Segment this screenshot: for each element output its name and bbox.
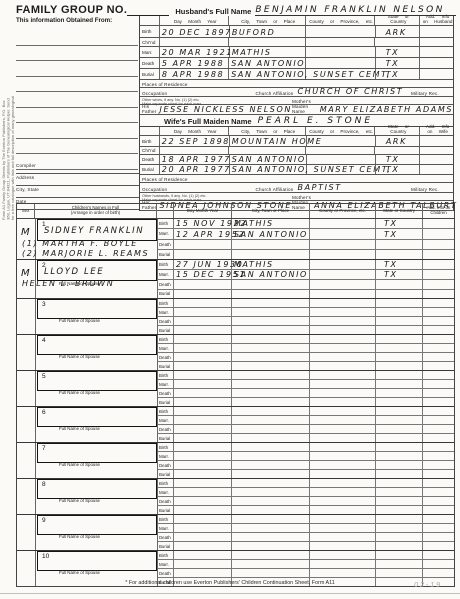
birth-state: ARK: [376, 26, 421, 37]
husband-table-header: Day Month Year City, Town or Place Count…: [140, 16, 453, 26]
marriage-state: TX: [376, 229, 423, 238]
sex-column-divider: [35, 371, 36, 406]
state-col-header: State or Country: [375, 16, 420, 25]
marriage-state: [376, 524, 423, 532]
birth-date: [174, 479, 232, 487]
birth-state: [376, 335, 423, 343]
child-marriage-row: Marr.: [157, 416, 454, 425]
date-col-header: Day Month Year: [160, 16, 230, 25]
birth-date: 22 SEP 1898: [160, 136, 230, 146]
marriage-county: [306, 47, 375, 57]
burial-date: 8 APR 1988: [160, 69, 229, 79]
child-sex: M: [21, 228, 31, 237]
birth-state: TX: [376, 219, 423, 228]
child-name-box: 4: [37, 335, 157, 355]
child-number: 5: [42, 373, 46, 380]
birth-label: Birth: [157, 551, 174, 559]
child-record: M 2 LLOYD LEE Full Name of Spouse HELEN …: [17, 260, 454, 299]
state-col-header: State or Country: [375, 127, 420, 135]
burial-label: Burial: [157, 434, 174, 442]
death-label: Death: [157, 497, 174, 505]
child-death-row: Death: [157, 240, 454, 250]
church-affiliation-label: Church Affiliation: [256, 187, 294, 192]
birth-state: [376, 443, 423, 451]
marriage-addinfo: [423, 488, 454, 496]
marriage-addinfo: [423, 380, 454, 388]
child-birth-row: Birth: [157, 515, 454, 524]
addinfo-col-header: Add. Info on Wife: [420, 127, 453, 135]
birth-label: Birth: [157, 371, 174, 379]
children-names-header-line2: (Arrange in order of birth): [71, 211, 120, 216]
marriage-date: [174, 344, 232, 352]
death-date: 5 APR 1988: [160, 58, 229, 68]
birth-date: [174, 551, 232, 559]
spouse-label: Full Name of Spouse: [59, 426, 100, 431]
birth-place: MOUNTAIN HOME: [230, 136, 307, 146]
child-birth-row: Birth 27 JUN 1930 MATHIS TX: [157, 260, 454, 270]
spouse-label: Full Name of Spouse: [59, 534, 100, 539]
child-birth-row: Birth: [157, 479, 454, 488]
marriage-label: Marr.: [157, 270, 174, 279]
addinfo-col-header: Add. Info on Husband: [420, 16, 453, 25]
birth-date: [174, 443, 232, 451]
military-rec-label: Military Rec.: [411, 91, 453, 96]
church-affiliation-label: Church Affiliation: [256, 91, 294, 96]
children-table-header: Sex Children's Names in Full (Arrange in…: [17, 204, 454, 219]
marriage-date: [174, 380, 232, 388]
child-death-row: Death: [157, 425, 454, 434]
vitals-table: Day Month Year City, Town or Place Count…: [139, 16, 454, 211]
marriage-county: [310, 229, 376, 238]
marriage-state: TX: [376, 47, 421, 57]
form-title: FAMILY GROUP NO.: [16, 4, 127, 16]
name-column-divider: [157, 371, 158, 406]
child-vitals: Birth Marr. Death: [157, 515, 454, 550]
birth-addinfo: [423, 551, 454, 559]
military-rec-label: Military Rec.: [411, 187, 453, 192]
marriage-place: [232, 344, 310, 352]
child-name-box: 10: [37, 551, 157, 571]
name-column-divider: [157, 443, 158, 478]
marriage-date: 20 MAR 1921: [160, 47, 230, 57]
birth-county: [307, 136, 376, 146]
corner-cell: [140, 16, 160, 25]
birth-state: [376, 299, 423, 307]
child-death-row: Death: [157, 317, 454, 326]
children-table: Sex Children's Names in Full (Arrange in…: [16, 203, 455, 587]
death-label: Death: [157, 353, 174, 361]
sources-panel: This information Obtained From:: [16, 17, 138, 170]
spouse-label: Full Name of Spouse: [59, 570, 100, 575]
occupation-label: Occupation: [142, 187, 256, 192]
child-name-box: 9: [37, 515, 157, 535]
child-name-box: 5: [37, 371, 157, 391]
birth-county: [310, 407, 376, 415]
burial-label: Burial: [157, 290, 174, 299]
his-mother-value: MARY ELIZABETH ADAMS: [317, 105, 453, 114]
death-county: [306, 58, 375, 68]
birth-state: [376, 371, 423, 379]
child-name-box: 2 LLOYD LEE: [37, 260, 157, 281]
marriage-label: Marr.: [157, 229, 174, 238]
birth-county: [310, 299, 376, 307]
marriage-date: [174, 308, 232, 316]
birth-date: 20 DEC 1897: [160, 26, 230, 37]
marriage-state: [376, 488, 423, 496]
birth-place: [232, 407, 310, 415]
marriage-state: [376, 560, 423, 568]
marriage-label: Marr.: [157, 452, 174, 460]
birth-county: [310, 479, 376, 487]
corner-cell: [157, 204, 174, 218]
child-vitals: Birth 15 NOV 1922 MATHIS TX Marr. 12 APR…: [157, 219, 454, 259]
birth-date: 15 NOV 1922: [174, 219, 232, 228]
source-line: [16, 61, 138, 77]
name-column-divider: [157, 515, 158, 550]
marriage-label: Marr.: [157, 416, 174, 424]
marriage-county: [310, 270, 376, 279]
husband-burial-row: Burial 8 APR 1988 SAN ANTONIO, SUNSET CE…: [140, 69, 453, 80]
marriage-date: [174, 488, 232, 496]
child-name-box: 6: [37, 407, 157, 427]
burial-county: [306, 69, 375, 79]
birth-label: Birth: [157, 443, 174, 451]
husband-christened-row: Chr'nd: [140, 38, 453, 47]
child-vitals: Birth Marr. Death: [157, 335, 454, 370]
birth-label: Birth: [157, 219, 174, 228]
marriage-place: [232, 308, 310, 316]
child-birth-row: Birth: [157, 407, 454, 416]
death-date: 18 APR 1977: [160, 155, 230, 164]
child-marriage-row: Marr.: [157, 308, 454, 317]
child-death-row: Death: [157, 497, 454, 506]
child-marriage-row: Marr.: [157, 524, 454, 533]
child-death-row: Death: [157, 533, 454, 542]
marriage-addinfo: [423, 229, 454, 238]
address-label: Address: [16, 174, 139, 186]
his-mother-label: Mother's Maiden Name: [292, 99, 317, 114]
death-label: Death: [157, 569, 174, 577]
burial-label: Burial: [157, 506, 174, 514]
source-line: [16, 30, 138, 46]
child-name: SIDNEY FRANKLIN: [44, 227, 144, 236]
date-col-header: Day Month Year: [160, 127, 230, 135]
source-line: [16, 92, 138, 108]
child-marriage-row: Marr.: [157, 560, 454, 569]
sex-column-divider: [35, 479, 36, 514]
sex-column-divider: [35, 515, 36, 550]
child-marriage-row: Marr. 12 APR 1952 SAN ANTONIO TX: [157, 229, 454, 239]
marriage-county: [310, 308, 376, 316]
wife-table-header: Day Month Year City, Town or Place Count…: [140, 127, 453, 136]
birth-county: [310, 515, 376, 523]
spouse-label: Full Name of Spouse: [59, 498, 100, 503]
child-burial-row: Burial: [157, 470, 454, 478]
marriage-label: Marr.: [157, 560, 174, 568]
child-number: 7: [42, 445, 46, 452]
marriage-place: SAN ANTONIO: [232, 229, 310, 238]
burial-label: Burial: [157, 542, 174, 550]
child-birth-row: Birth: [157, 335, 454, 344]
wife-residence-row: Places of Residence: [140, 175, 453, 183]
birth-date: [174, 407, 232, 415]
child-vitals: Birth Marr. Death: [157, 299, 454, 334]
birth-addinfo: [423, 443, 454, 451]
his-father-label: His Father: [142, 104, 156, 114]
child-burial-row: Burial: [157, 506, 454, 514]
marriage-addinfo: [423, 416, 454, 424]
spouse-label: Full Name of Spouse: [59, 390, 100, 395]
source-line: [16, 123, 138, 139]
source-line: [16, 108, 138, 124]
name-column-divider: [157, 260, 158, 298]
publisher-side-note: Form A1 Family Group Sheets by The Evert…: [2, 94, 15, 220]
marriage-place: [232, 488, 310, 496]
marriage-label: Marr.: [157, 524, 174, 532]
marriage-label: Marr.: [157, 488, 174, 496]
child-death-row: Death: [157, 461, 454, 470]
marriage-state: [376, 308, 423, 316]
child-number: 3: [42, 301, 46, 308]
addinfo-col-header: Add. Info on Children: [423, 204, 454, 218]
birth-label: Birth: [157, 260, 174, 269]
birth-place: MATHIS: [232, 260, 310, 269]
marriage-place: SAN ANTONIO: [232, 270, 310, 279]
child-record: 4 Full Name of Spouse Birth Marr.: [17, 335, 454, 371]
burial-state: TX: [376, 165, 421, 174]
marriage-date: 12 APR 1952: [174, 229, 232, 238]
death-label: Death: [157, 280, 174, 289]
marriage-place: [232, 452, 310, 460]
church-affiliation-value: BAPTIST: [294, 183, 412, 192]
marriage-state: [376, 344, 423, 352]
marriage-county: [310, 416, 376, 424]
spouse-label: Full Name of Spouse: [59, 318, 100, 323]
child-death-row: Death: [157, 389, 454, 398]
marriage-state: [376, 452, 423, 460]
burial-place: SAN ANTONIO, SUNSET CEMT,: [229, 69, 306, 79]
child-name-box: 3: [37, 299, 157, 319]
marriage-place: [232, 524, 310, 532]
child-record: 3 Full Name of Spouse Birth Marr.: [17, 299, 454, 335]
marriage-label: Marr.: [140, 47, 160, 57]
child-vitals: Birth Marr. Death: [157, 407, 454, 442]
child-death-row: Death: [157, 280, 454, 290]
birth-label: Birth: [140, 26, 160, 37]
birth-county: [310, 371, 376, 379]
birth-place: [232, 335, 310, 343]
name-column-divider: [157, 335, 158, 370]
child-marriage-row: Marr.: [157, 344, 454, 353]
husband-death-row: Death 5 APR 1988 SAN ANTONIO TX: [140, 58, 453, 69]
child-marriage-row: Marr.: [157, 380, 454, 389]
birth-date: [174, 335, 232, 343]
birth-place: [232, 443, 310, 451]
marriage-addinfo: [423, 560, 454, 568]
birth-addinfo: [423, 219, 454, 228]
death-state: TX: [376, 155, 421, 164]
husband-name-label: Husband's Full Name: [175, 7, 251, 16]
burial-label: Burial: [157, 470, 174, 478]
birth-label: Birth: [157, 479, 174, 487]
birth-label: Birth: [157, 299, 174, 307]
birth-date: 27 JUN 1930: [174, 260, 232, 269]
burial-label: Burial: [157, 326, 174, 334]
child-burial-row: Burial: [157, 326, 454, 334]
birth-place: [232, 479, 310, 487]
birth-state: [376, 479, 423, 487]
marriage-label: Marr.: [157, 308, 174, 316]
birth-place: [232, 515, 310, 523]
spouse-label: Full Name of Spouse: [59, 354, 100, 359]
birth-label: Birth: [157, 335, 174, 343]
husband-occupation-row: Occupation Church Affiliation CHURCH OF …: [140, 88, 453, 97]
child-record: 5 Full Name of Spouse Birth Marr.: [17, 371, 454, 407]
child-death-row: Death: [157, 353, 454, 362]
his-father-value: JESSE NICKLESS NELSON: [156, 105, 291, 114]
child-number: 6: [42, 409, 46, 416]
birth-place: [232, 299, 310, 307]
marriage-state: [376, 416, 423, 424]
death-label: Death: [157, 425, 174, 433]
birth-addinfo: [423, 335, 454, 343]
burial-state: TX: [376, 69, 421, 79]
birth-county: [310, 551, 376, 559]
source-line: [16, 46, 138, 62]
marriage-label: Marr.: [157, 380, 174, 388]
county-col-header: County or Province, etc.: [310, 204, 376, 218]
child-burial-row: Burial: [157, 398, 454, 406]
death-label: Death: [157, 389, 174, 397]
child-record: 7 Full Name of Spouse Birth Marr.: [17, 443, 454, 479]
child-record: 8 Full Name of Spouse Birth Marr.: [17, 479, 454, 515]
death-label: Death: [157, 317, 174, 325]
child-name-box: 8: [37, 479, 157, 499]
birth-addinfo: [423, 260, 454, 269]
marriage-addinfo: [423, 270, 454, 279]
child-number: 10: [42, 553, 49, 560]
wife-death-row: Death 18 APR 1977 SAN ANTONIO TX: [140, 155, 453, 165]
child-number: 9: [42, 517, 46, 524]
marriage-state: TX: [376, 270, 423, 279]
burial-label: Burial: [157, 398, 174, 406]
death-place: SAN ANTONIO: [230, 155, 307, 164]
death-county: [307, 155, 376, 164]
marriage-date: 15 DEC 1951: [174, 270, 232, 279]
child-vitals: Birth 27 JUN 1930 MATHIS TX Marr. 15 DEC…: [157, 260, 454, 298]
birth-place: MATHIS: [232, 219, 310, 228]
sex-column-divider: [35, 299, 36, 334]
death-label: Death: [140, 58, 160, 68]
child-birth-row: Birth: [157, 371, 454, 380]
spouse-label: Full Name of Spouse: [59, 462, 100, 467]
marriage-county: [310, 488, 376, 496]
child-birth-row: Birth: [157, 551, 454, 560]
birth-place: BUFORD: [230, 26, 306, 37]
birth-date: [174, 515, 232, 523]
child-marriage-row: Marr. 15 DEC 1951 SAN ANTONIO TX: [157, 270, 454, 280]
birth-place: [232, 371, 310, 379]
church-affiliation-value: CHURCH OF CHRIST: [294, 87, 412, 96]
child-vitals: Birth Marr. Death: [157, 479, 454, 514]
marriage-date: [174, 452, 232, 460]
birth-label: Birth: [157, 407, 174, 415]
birth-county: [310, 443, 376, 451]
child-birth-row: Birth 15 NOV 1922 MATHIS TX: [157, 219, 454, 229]
birth-addinfo: [423, 371, 454, 379]
marriage-label: Marr.: [157, 344, 174, 352]
marriage-state: [376, 380, 423, 388]
footer-note: * For additional children use Everton Pu…: [0, 580, 460, 586]
wife-burial-row: Burial 20 APR 1977 SAN ANTONIO, SUNSET C…: [140, 165, 453, 175]
date-col-header: Day Month Year: [174, 204, 232, 218]
birth-county: [310, 335, 376, 343]
birth-label: Birth: [140, 136, 160, 146]
christened-label: Chr'nd: [140, 38, 160, 46]
marriage-addinfo: [423, 344, 454, 352]
death-place: SAN ANTONIO: [229, 58, 306, 68]
sex-column-divider: [35, 335, 36, 370]
birth-state: TX: [376, 260, 423, 269]
burial-place: SAN ANTONIO, SUNSET CEMT,: [230, 165, 307, 174]
child-burial-row: Burial: [157, 290, 454, 299]
occupation-label: Occupation: [142, 91, 256, 96]
name-column-divider: [157, 479, 158, 514]
birth-place: [232, 551, 310, 559]
child-death-row: Death: [157, 569, 454, 578]
family-group-sheet: Form A1 Family Group Sheets by The Evert…: [0, 0, 460, 599]
compiler-label: Compiler: [16, 162, 139, 174]
marriage-county: [310, 524, 376, 532]
birth-state: ARK: [376, 136, 421, 146]
death-label: Death: [140, 155, 160, 164]
marriage-place: MATHIS: [230, 47, 306, 57]
birth-state: [376, 515, 423, 523]
marriage-place: [232, 380, 310, 388]
child-vitals: Birth Marr. Death: [157, 371, 454, 406]
county-col-header: County or Province, etc.: [306, 127, 376, 135]
child-burial-row: Burial: [157, 542, 454, 550]
burial-date: 20 APR 1977: [160, 165, 230, 174]
birth-state: [376, 551, 423, 559]
state-col-header: State or Country: [376, 204, 423, 218]
corner-cell: [140, 127, 160, 135]
child-birth-row: Birth: [157, 299, 454, 308]
burial-label: Burial: [157, 362, 174, 370]
birth-addinfo: [420, 26, 453, 37]
child-record: 9 Full Name of Spouse Birth Marr.: [17, 515, 454, 551]
child-number: 4: [42, 337, 46, 344]
child-number: 8: [42, 481, 46, 488]
birth-date: [174, 371, 232, 379]
husband-birth-row: Birth 20 DEC 1897 BUFORD ARK: [140, 26, 453, 38]
birth-label: Birth: [157, 515, 174, 523]
birth-date: [174, 299, 232, 307]
city-col-header: City, Town or Place: [232, 204, 310, 218]
marriage-addinfo: [423, 452, 454, 460]
child-marriage-row: Marr.: [157, 488, 454, 497]
wife-occupation-row: Occupation Church Affiliation BAPTIST Mi…: [140, 183, 453, 193]
city-col-header: City, Town or Place: [229, 16, 306, 25]
burial-label: Burial: [157, 250, 174, 259]
spouse-name: (1) MARTHA F. BOYLE (2) MARJORIE L. REAM…: [22, 239, 149, 259]
bottom-scan-line: [0, 593, 460, 594]
marriage-date: [174, 524, 232, 532]
birth-addinfo: [423, 515, 454, 523]
children-records: M 1 SIDNEY FRANKLIN (1) MARTHA F. BOYLE …: [17, 219, 454, 586]
source-line: [16, 77, 138, 93]
child-burial-row: Burial: [157, 362, 454, 370]
